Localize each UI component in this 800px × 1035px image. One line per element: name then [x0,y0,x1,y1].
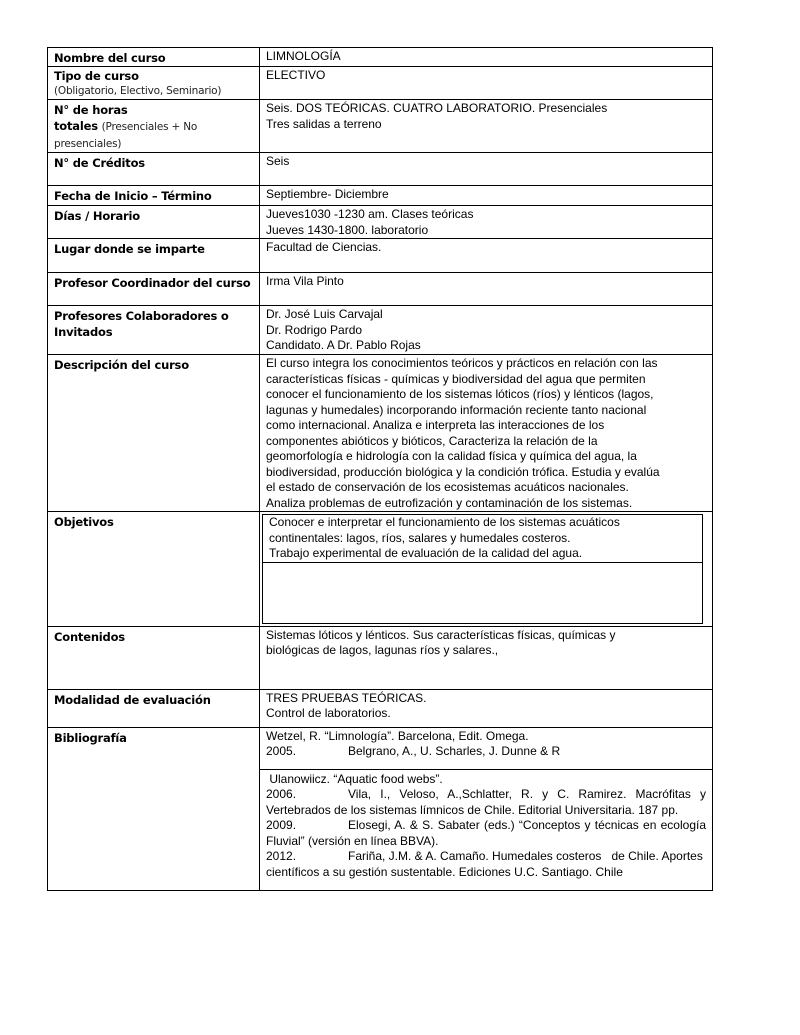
bibliography-entry: Wetzel, R. “Limnología”. Barcelona, Edit… [266,729,706,745]
description-line: lagunas y humedales) incorporando inform… [266,403,706,419]
value-coordinador: Irma Vila Pinto [260,273,713,306]
value-text: Tres salidas a terreno [266,117,706,133]
objective-line: Trabajo experimental de evaluación de la… [269,546,696,562]
value-bibliografia: Wetzel, R. “Limnología”. Barcelona, Edit… [260,727,713,890]
label-creditos: N° de Créditos [48,153,260,186]
value-creditos: Seis [260,153,713,186]
description-line: biodiversidad, producción biológica y la… [266,465,706,481]
bibliography-entry: 2006.Vila, I., Veloso, A.,Schlatter, R. … [266,787,706,818]
label-bibliografia: Bibliografía [48,727,260,890]
value-text: ELECTIVO [266,68,706,84]
value-text: Jueves 1430-1800. laboratorio [266,223,706,239]
objectives-cell: Conocer e interpretar el funcionamiento … [263,515,703,563]
value-text: Candidato. A Dr. Pablo Rojas [266,338,706,354]
label-tipo: Tipo de curso (Obligatorio, Electivo, Se… [48,67,260,100]
label-contenidos: Contenidos [48,626,260,689]
value-text: Septiembre- Diciembre [266,187,706,203]
bibliography-bottom: Ulanowiicz. “Aquatic food webs”. 2006.Vi… [260,769,712,881]
label-text: Descripción del curso [54,358,189,372]
value-descripcion: El curso integra los conocimientos teóri… [260,355,713,512]
label-colaboradores: Profesores Colaboradores o Invitados [48,306,260,355]
bib-year: 2006. [266,787,348,803]
objectives-inner-table: Conocer e interpretar el funcionamiento … [262,514,703,624]
value-text: Dr. Rodrigo Pardo [266,323,706,339]
value-text: Sistemas lóticos y lénticos. Sus caracte… [266,628,706,644]
bibliography-entry: Ulanowiicz. “Aquatic food webs”. [266,772,706,788]
label-text: Fecha de Inicio – Término [54,189,212,203]
row-nombre: Nombre del curso LIMNOLOGÍA [48,48,713,67]
bibliography-entry: 2005.Belgrano, A., U. Scharles, J. Dunne… [266,744,706,760]
row-modalidad: Modalidad de evaluación TRES PRUEBAS TEÓ… [48,689,713,727]
objective-line: continentales: lagos, ríos, salares y hu… [269,531,696,547]
bib-year: 2005. [266,744,348,760]
value-horas: Seis. DOS TEÓRICAS. CUATRO LABORATORIO. … [260,100,713,153]
row-coordinador: Profesor Coordinador del curso Irma Vila… [48,273,713,306]
objectives-empty-row [263,562,703,623]
label-modalidad: Modalidad de evaluación [48,689,260,727]
value-modalidad: TRES PRUEBAS TEÓRICAS. Control de labora… [260,689,713,727]
label-text: totales [54,119,98,133]
description-line: conocer el funcionamiento de los sistema… [266,387,706,403]
label-text: N° de Créditos [54,156,145,170]
row-descripcion: Descripción del curso El curso integra l… [48,355,713,512]
value-text: Seis. DOS TEÓRICAS. CUATRO LABORATORIO. … [266,101,706,117]
label-text: Invitados [54,325,112,339]
description-line: El curso integra los conocimientos teóri… [266,356,706,372]
bibliography-entry: 2009.Elosegi, A. & S. Sabater (eds.) “Co… [266,818,706,849]
row-horas: N° de horas totales (Presenciales + No p… [48,100,713,153]
value-nombre: LIMNOLOGÍA [260,48,713,67]
bib-text: Wetzel, R. “Limnología”. Barcelona, Edit… [266,729,529,743]
label-text: Días / Horario [54,209,140,223]
label-text: Bibliografía [54,731,127,745]
bib-year: 2009. [266,818,348,834]
label-note: (Obligatorio, Electivo, Seminario) [54,85,221,97]
value-text: TRES PRUEBAS TEÓRICAS. [266,691,706,707]
row-colaboradores: Profesores Colaboradores o Invitados Dr.… [48,306,713,355]
label-text: Modalidad de evaluación [54,693,211,707]
row-contenidos: Contenidos Sistemas lóticos y lénticos. … [48,626,713,689]
label-text: Nombre del curso [54,51,165,65]
value-text: Dr. José Luis Carvajal [266,307,706,323]
value-text: Irma Vila Pinto [266,274,706,290]
value-text: Seis [266,154,706,170]
row-tipo: Tipo de curso (Obligatorio, Electivo, Se… [48,67,713,100]
value-objetivos: Conocer e interpretar el funcionamiento … [260,512,713,627]
value-text: biológicas de lagos, lagunas ríos y sala… [266,643,706,659]
value-text: Facultad de Ciencias. [266,240,706,256]
description-line: como internacional. Analiza e interpreta… [266,418,706,434]
objectives-row: Conocer e interpretar el funcionamiento … [263,515,703,563]
value-colaboradores: Dr. José Luis Carvajal Dr. Rodrigo Pardo… [260,306,713,355]
label-text: Profesor Coordinador del curso [54,276,250,290]
label-nombre: Nombre del curso [48,48,260,67]
row-lugar: Lugar donde se imparte Facultad de Cienc… [48,239,713,273]
bib-text: Ulanowiicz. “Aquatic food webs”. [266,772,443,786]
label-descripcion: Descripción del curso [48,355,260,512]
description-line: Analiza problemas de eutrofización y con… [266,496,706,512]
document-page: Nombre del curso LIMNOLOGÍA Tipo de curs… [0,0,800,1035]
row-creditos: N° de Créditos Seis [48,153,713,186]
value-text: LIMNOLOGÍA [266,49,706,65]
label-coordinador: Profesor Coordinador del curso [48,273,260,306]
label-lugar: Lugar donde se imparte [48,239,260,273]
value-lugar: Facultad de Ciencias. [260,239,713,273]
label-text: Contenidos [54,630,125,644]
label-text: N° de horas [54,103,128,117]
row-objetivos: Objetivos Conocer e interpretar el funci… [48,512,713,627]
description-line: geomorfología e hidrología con la calida… [266,449,706,465]
row-fecha: Fecha de Inicio – Término Septiembre- Di… [48,186,713,206]
value-horario: Jueves1030 -1230 am. Clases teóricas Jue… [260,206,713,239]
value-text: Control de laboratorios. [266,706,706,722]
objective-line: Conocer e interpretar el funcionamiento … [269,515,696,531]
row-horario: Días / Horario Jueves1030 -1230 am. Clas… [48,206,713,239]
label-objetivos: Objetivos [48,512,260,627]
objectives-empty-cell [263,562,703,623]
value-fecha: Septiembre- Diciembre [260,186,713,206]
bib-text: Belgrano, A., U. Scharles, J. Dunne & R [348,744,560,758]
bib-year: 2012. [266,849,348,865]
course-info-table: Nombre del curso LIMNOLOGÍA Tipo de curs… [47,47,713,891]
label-text: Profesores Colaboradores o [54,309,229,323]
value-tipo: ELECTIVO [260,67,713,100]
label-text: Tipo de curso [54,69,139,83]
label-horas: N° de horas totales (Presenciales + No p… [48,100,260,153]
value-contenidos: Sistemas lóticos y lénticos. Sus caracte… [260,626,713,689]
label-text: Lugar donde se imparte [54,242,205,256]
bibliography-top: Wetzel, R. “Limnología”. Barcelona, Edit… [266,729,706,769]
description-line: componentes abióticos y bióticos, Caract… [266,434,706,450]
description-line: características físicas - químicas y bio… [266,372,706,388]
label-horario: Días / Horario [48,206,260,239]
value-text: Jueves1030 -1230 am. Clases teóricas [266,207,706,223]
row-bibliografia: Bibliografía Wetzel, R. “Limnología”. Ba… [48,727,713,890]
label-fecha: Fecha de Inicio – Término [48,186,260,206]
bibliography-entry: 2012.Fariña, J.M. & A. Camaño. Humedales… [266,849,706,880]
label-text: Objetivos [54,515,114,529]
description-line: el estado de conservación de los ecosist… [266,480,706,496]
